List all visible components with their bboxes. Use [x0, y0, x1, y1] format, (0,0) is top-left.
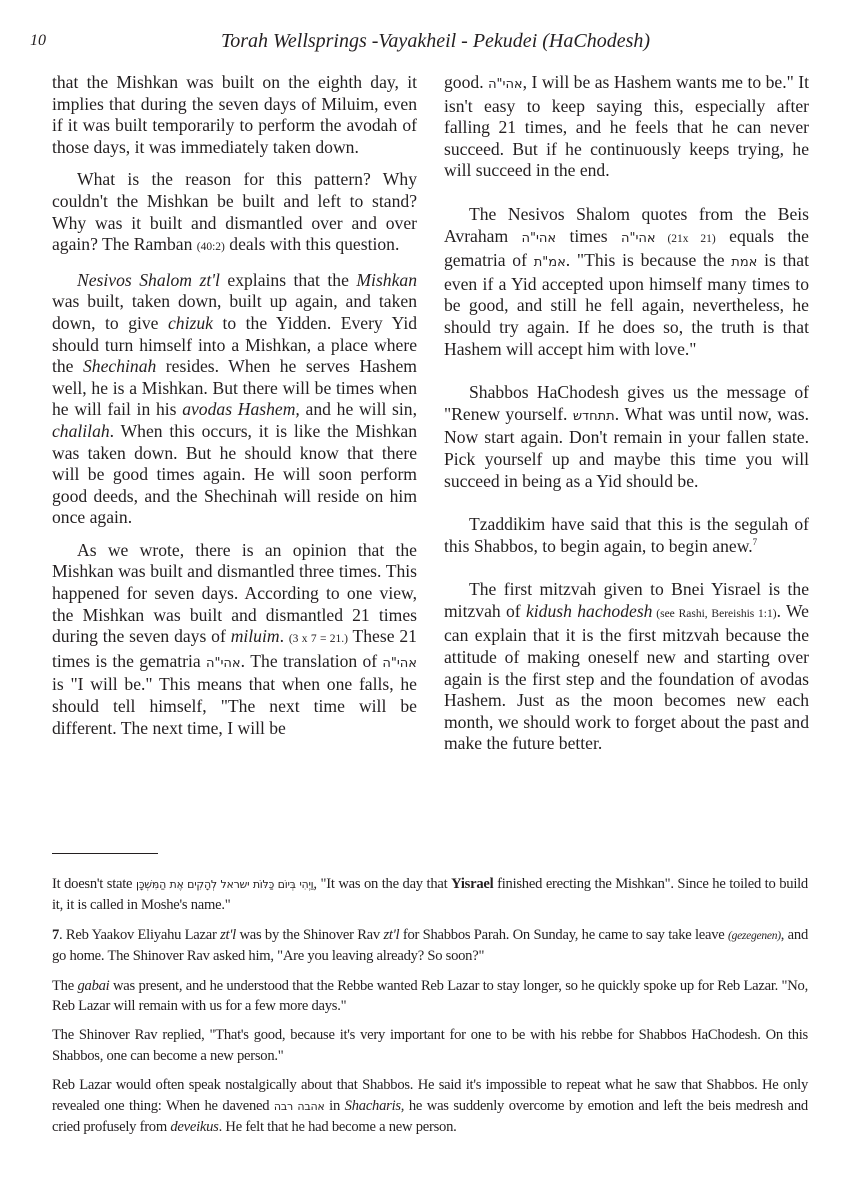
footnote-paragraph: Reb Lazar would often speak nostalgicall… — [52, 1075, 808, 1137]
paragraph: The Nesivos Shalom quotes from the Beis … — [444, 204, 809, 360]
footnote-7: 7. Reb Yaakov Eliyahu Lazar zt'l was by … — [52, 925, 808, 967]
hebrew-text: אהי"ה — [522, 231, 557, 246]
hebrew-text: אמ"ת — [534, 255, 566, 270]
footnote-continuation: It doesn't state וַיְהִי בְּיוֹם כַּלּוֹ… — [52, 874, 808, 916]
footnote-paragraph: The Shinover Rav replied, "That's good, … — [52, 1025, 808, 1066]
hebrew-text: אהי"ה — [621, 231, 656, 246]
paragraph: As we wrote, there is an opinion that th… — [52, 540, 417, 739]
footnote-paragraph: The gabai was present, and he understood… — [52, 976, 808, 1017]
paragraph: The first mitzvah given to Bnei Yisrael … — [444, 579, 809, 755]
paragraph: good. אהי"ה, I will be as Hashem wants m… — [444, 72, 809, 182]
citation: (see Rashi, Bereishis 1:1) — [652, 608, 776, 620]
hebrew-text: תתחדש — [573, 409, 615, 424]
hebrew-text: אהי"ה — [382, 656, 417, 671]
footnotes: It doesn't state וַיְהִי בְּיוֹם כַּלּוֹ… — [52, 874, 808, 1146]
hebrew-text: אהבה רבה — [274, 1100, 325, 1113]
citation: (21x 21) — [656, 233, 716, 245]
hebrew-text: אהי"ה — [488, 77, 523, 92]
paragraph: What is the reason for this pattern? Why… — [52, 169, 417, 258]
left-column: that the Mishkan was built on the eighth… — [52, 72, 417, 750]
paragraph: Tzaddikim have said that this is the seg… — [444, 514, 809, 557]
citation: (3 x 7 = 21.) — [289, 633, 348, 645]
footnote-divider — [52, 853, 158, 854]
right-column: good. אהי"ה, I will be as Hashem wants m… — [444, 72, 809, 766]
footnote-number: 7 — [52, 927, 59, 943]
hebrew-text: אהי"ה — [206, 656, 241, 671]
paragraph: Shabbos HaChodesh gives us the message o… — [444, 382, 809, 492]
running-title: Torah Wellsprings -Vayakheil - Pekudei (… — [0, 30, 849, 53]
citation: (40:2) — [197, 241, 225, 253]
page-header: 10 Torah Wellsprings -Vayakheil - Pekude… — [0, 30, 849, 60]
hebrew-text: וַיְהִי בְּיוֹם כַּלּוֹת ישראל לְהָקִים … — [136, 878, 313, 891]
paragraph: that the Mishkan was built on the eighth… — [52, 72, 417, 158]
hebrew-text: אמת — [731, 255, 757, 270]
paragraph: Nesivos Shalom zt'l explains that the Mi… — [52, 270, 417, 529]
footnote-ref[interactable]: 7 — [753, 537, 758, 547]
